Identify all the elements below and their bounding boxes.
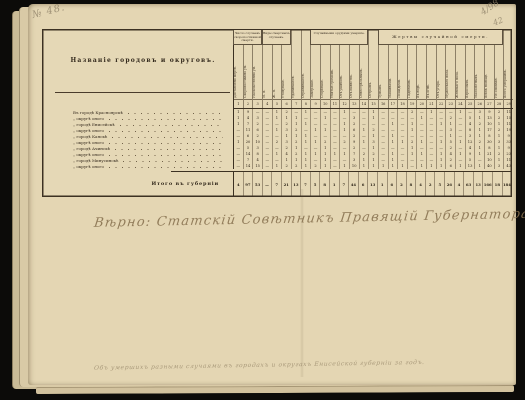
total-cell: 13 bbox=[367, 172, 377, 196]
bottom-sheet-edge bbox=[36, 385, 514, 394]
row-label-text: „ городѣ Минусинскѣ bbox=[73, 158, 118, 163]
table-body: Въ городѣ Красноярскѣ19——12—1———1——1———2… bbox=[43, 109, 513, 169]
document-page: № 48. 4/98 42 Названіе городовъ и округо… bbox=[28, 4, 516, 385]
row-label-text: „ городѣ Ачинскѣ bbox=[73, 146, 110, 151]
column-header-label: М. п. bbox=[263, 46, 272, 99]
table-cell: 1 bbox=[436, 163, 446, 169]
column-header-label: Машинами. bbox=[389, 46, 398, 99]
total-cell: 18 bbox=[492, 172, 502, 196]
column-number: 12 bbox=[340, 99, 349, 108]
row-header-title: Названіе городовъ и округовъ. bbox=[65, 57, 221, 64]
column-header-label: Всѣхъ вообще. bbox=[485, 46, 494, 99]
total-cell: 5 bbox=[310, 172, 320, 196]
row-label-text: „ округѣ оного bbox=[73, 128, 104, 133]
column-header-label: Отъ угара. bbox=[437, 46, 446, 99]
column-header-label: Насильственно ум. bbox=[253, 46, 262, 99]
table-cell: 1 bbox=[320, 163, 330, 169]
column-header-label: Сгорѣвшіе. bbox=[321, 46, 330, 99]
total-cell: 6 bbox=[358, 172, 368, 196]
total-cell: 166 bbox=[482, 172, 492, 196]
column-number: 27 bbox=[485, 99, 494, 108]
column-header-label: Всего умершихъ. bbox=[504, 46, 513, 99]
row-label-text: „ городѣ Канскѣ bbox=[73, 134, 107, 139]
column-number: 6 bbox=[282, 99, 291, 108]
column-header-label: Женскаго пола. bbox=[456, 46, 465, 99]
table-cell: 2 bbox=[281, 163, 291, 169]
total-cell: 8 bbox=[406, 172, 416, 196]
column-number: 11 bbox=[331, 99, 340, 108]
row-label-text: „ округѣ оного bbox=[73, 116, 104, 121]
table-cell: — bbox=[407, 163, 417, 169]
total-cell: 44 bbox=[348, 172, 358, 196]
column-number: 10 bbox=[321, 99, 330, 108]
table-cell: 2 bbox=[291, 163, 301, 169]
table-cell: 43 bbox=[503, 163, 513, 169]
signature-text: Вѣрно: Статскій Совѣтникъ Правящій Губер… bbox=[93, 205, 525, 231]
column-header-label: Отравившіеся. bbox=[302, 46, 311, 99]
row-label-text: Въ городѣ Красноярскѣ bbox=[73, 110, 123, 115]
column-header-label: Въ водѣ. bbox=[417, 46, 426, 99]
table-cell: 13 bbox=[465, 163, 475, 169]
column-header-label: Тупымъ. bbox=[379, 46, 388, 99]
column-group-label: Число случаевъ скоропостижной смерти. bbox=[233, 30, 262, 45]
table-cell: 1 bbox=[455, 163, 465, 169]
column-number: 14 bbox=[360, 99, 369, 108]
column-header-label: Скоропостижно ум. bbox=[244, 46, 253, 99]
total-cell: 4 bbox=[415, 172, 425, 196]
column-number: 29 bbox=[504, 99, 513, 108]
total-cell: 63 bbox=[463, 172, 473, 196]
column-header-label: Не опознан. bbox=[495, 46, 504, 99]
column-number: 17 bbox=[389, 99, 398, 108]
row-cells: —1415—122121—11011111—1116113140343 bbox=[233, 163, 513, 169]
column-number: 21 bbox=[427, 99, 436, 108]
column-header-label: Замерзшіе. bbox=[311, 46, 320, 99]
column-header-label: Паденіемъ. bbox=[408, 46, 417, 99]
table-cell: 1 bbox=[397, 163, 407, 169]
table-cell: 10 bbox=[349, 163, 359, 169]
table-cell: 1 bbox=[272, 163, 282, 169]
column-number: 3 bbox=[253, 99, 262, 108]
column-number: 23 bbox=[446, 99, 455, 108]
table-cell: 2 bbox=[310, 163, 320, 169]
column-number: 28 bbox=[495, 99, 504, 108]
total-cell: 7 bbox=[300, 172, 310, 196]
column-number: 1 bbox=[234, 99, 243, 108]
pencil-number-top-left: № 48. bbox=[31, 2, 66, 21]
column-header-label: Мужескаго пола. bbox=[446, 46, 455, 99]
total-cell: 4 bbox=[234, 172, 243, 196]
column-header-label: Удавившіеся. bbox=[292, 46, 301, 99]
total-cell: 97 bbox=[243, 172, 253, 196]
pencil-number-top-right-2: 42 bbox=[491, 15, 504, 27]
total-cell: 5 bbox=[434, 172, 444, 196]
total-cell: 7 bbox=[339, 172, 349, 196]
table-cell: 1 bbox=[426, 163, 436, 169]
table-cell: 1 bbox=[359, 163, 369, 169]
column-number: 20 bbox=[417, 99, 426, 108]
table-cell: 40 bbox=[484, 163, 494, 169]
column-header-label: Доставлено мертв. bbox=[234, 46, 243, 99]
column-header-label: Взрослыхъ. bbox=[466, 46, 475, 99]
row-header-block: Названіе городовъ и округовъ. bbox=[43, 30, 233, 109]
column-number: 19 bbox=[408, 99, 417, 108]
pencil-note-bottom: Объ умершихъ разными случаями въ городах… bbox=[94, 359, 405, 371]
total-cell: 53 bbox=[252, 172, 262, 196]
total-cell: 7 bbox=[271, 172, 281, 196]
table-cell: 1 bbox=[474, 163, 484, 169]
mortality-statistics-table: Названіе городовъ и округовъ. Доставлено… bbox=[42, 29, 512, 197]
column-number: 16 bbox=[379, 99, 388, 108]
photographed-ledger-spread: № 48. 4/98 42 Названіе городовъ и округо… bbox=[0, 0, 525, 400]
column-group-label: Случайными орудіями умершіе. bbox=[310, 30, 368, 45]
table-cell: 1 bbox=[368, 163, 378, 169]
total-cell: 6 bbox=[387, 172, 397, 196]
total-row: Итого въ губерніи 49753—7211375817446131… bbox=[43, 172, 511, 196]
total-cell: 184 bbox=[502, 172, 512, 196]
column-group-label: Жертвы случайной смерти. bbox=[378, 30, 504, 45]
row-label: „ округѣ оного bbox=[43, 163, 233, 169]
table-cell: 14 bbox=[243, 163, 253, 169]
column-number: 15 bbox=[369, 99, 378, 108]
column-header-label: Убитые громомъ. bbox=[331, 46, 340, 99]
column-number: 9 bbox=[311, 99, 320, 108]
column-header-label: Отъ пьянства. bbox=[350, 46, 359, 99]
table-cell: — bbox=[234, 163, 243, 169]
row-label-text: „ округѣ оного bbox=[73, 152, 104, 157]
column-header-label: Лошадьми. bbox=[398, 46, 407, 99]
total-cell: 1 bbox=[329, 172, 339, 196]
column-header-label: Ж. п. bbox=[273, 46, 282, 99]
table-cell: 6 bbox=[445, 163, 455, 169]
row-header-rule bbox=[55, 92, 230, 93]
column-header-label: Острымъ. bbox=[369, 46, 378, 99]
column-group-label: Виды смертныхъ случаевъ. bbox=[262, 30, 291, 45]
table-cell: 15 bbox=[252, 163, 262, 169]
column-header-label: Утонувшіе. bbox=[282, 46, 291, 99]
table-cell: — bbox=[262, 163, 272, 169]
row-label-text: „ округѣ оного bbox=[73, 164, 104, 169]
table-cell: — bbox=[330, 163, 340, 169]
total-cell: 13 bbox=[473, 172, 483, 196]
total-cell: 13 bbox=[291, 172, 301, 196]
column-header-label: Отъ ушибовъ. bbox=[340, 46, 349, 99]
total-cell: — bbox=[262, 172, 272, 196]
column-number: 8 bbox=[302, 99, 311, 108]
column-group-headers: Число случаевъ скоропостижной смерти.Вид… bbox=[233, 30, 513, 46]
column-number: 4 bbox=[263, 99, 272, 108]
total-cell: 4 bbox=[454, 172, 464, 196]
table-cell: 1 bbox=[339, 163, 349, 169]
column-number: 2 bbox=[244, 99, 253, 108]
total-cell: 2 bbox=[425, 172, 435, 196]
column-number: 22 bbox=[437, 99, 446, 108]
table-cell: 1 bbox=[388, 163, 398, 169]
column-number: 24 bbox=[456, 99, 465, 108]
column-number: 26 bbox=[475, 99, 484, 108]
total-cell: 26 bbox=[444, 172, 454, 196]
total-cell: 21 bbox=[281, 172, 291, 196]
column-number: 13 bbox=[350, 99, 359, 108]
table-cell: 1 bbox=[378, 163, 388, 169]
column-number: 18 bbox=[398, 99, 407, 108]
handwritten-signature-line: Вѣрно: Статскій Совѣтникъ Правящій Губер… bbox=[93, 208, 467, 231]
table-row: „ округѣ оного—1415—122121—11011111—1116… bbox=[43, 163, 513, 169]
row-label-text: „ городѣ Енисейскѣ bbox=[73, 122, 115, 127]
column-header-label: Малолѣтныхъ. bbox=[475, 46, 484, 99]
column-number: 7 bbox=[292, 99, 301, 108]
table-cell: 1 bbox=[301, 163, 311, 169]
total-row-label: Итого въ губерніи bbox=[43, 181, 233, 187]
column-header-label: Огнестрѣльнымъ. bbox=[360, 46, 369, 99]
total-row-cells: 49753—7211375817446131628425264631316618… bbox=[233, 172, 511, 196]
total-cell: 2 bbox=[396, 172, 406, 196]
pencil-number-top-right: 4/98 bbox=[479, 0, 501, 18]
column-header-label: Въ огнѣ. bbox=[427, 46, 436, 99]
leader-dots bbox=[109, 163, 223, 169]
total-cell: 8 bbox=[319, 172, 329, 196]
row-label-text: „ округѣ оного bbox=[73, 140, 104, 145]
table-cell: 3 bbox=[494, 163, 504, 169]
table-cell: 1 bbox=[416, 163, 426, 169]
total-cell: 1 bbox=[377, 172, 387, 196]
column-number: 25 bbox=[466, 99, 475, 108]
column-number: 5 bbox=[273, 99, 282, 108]
